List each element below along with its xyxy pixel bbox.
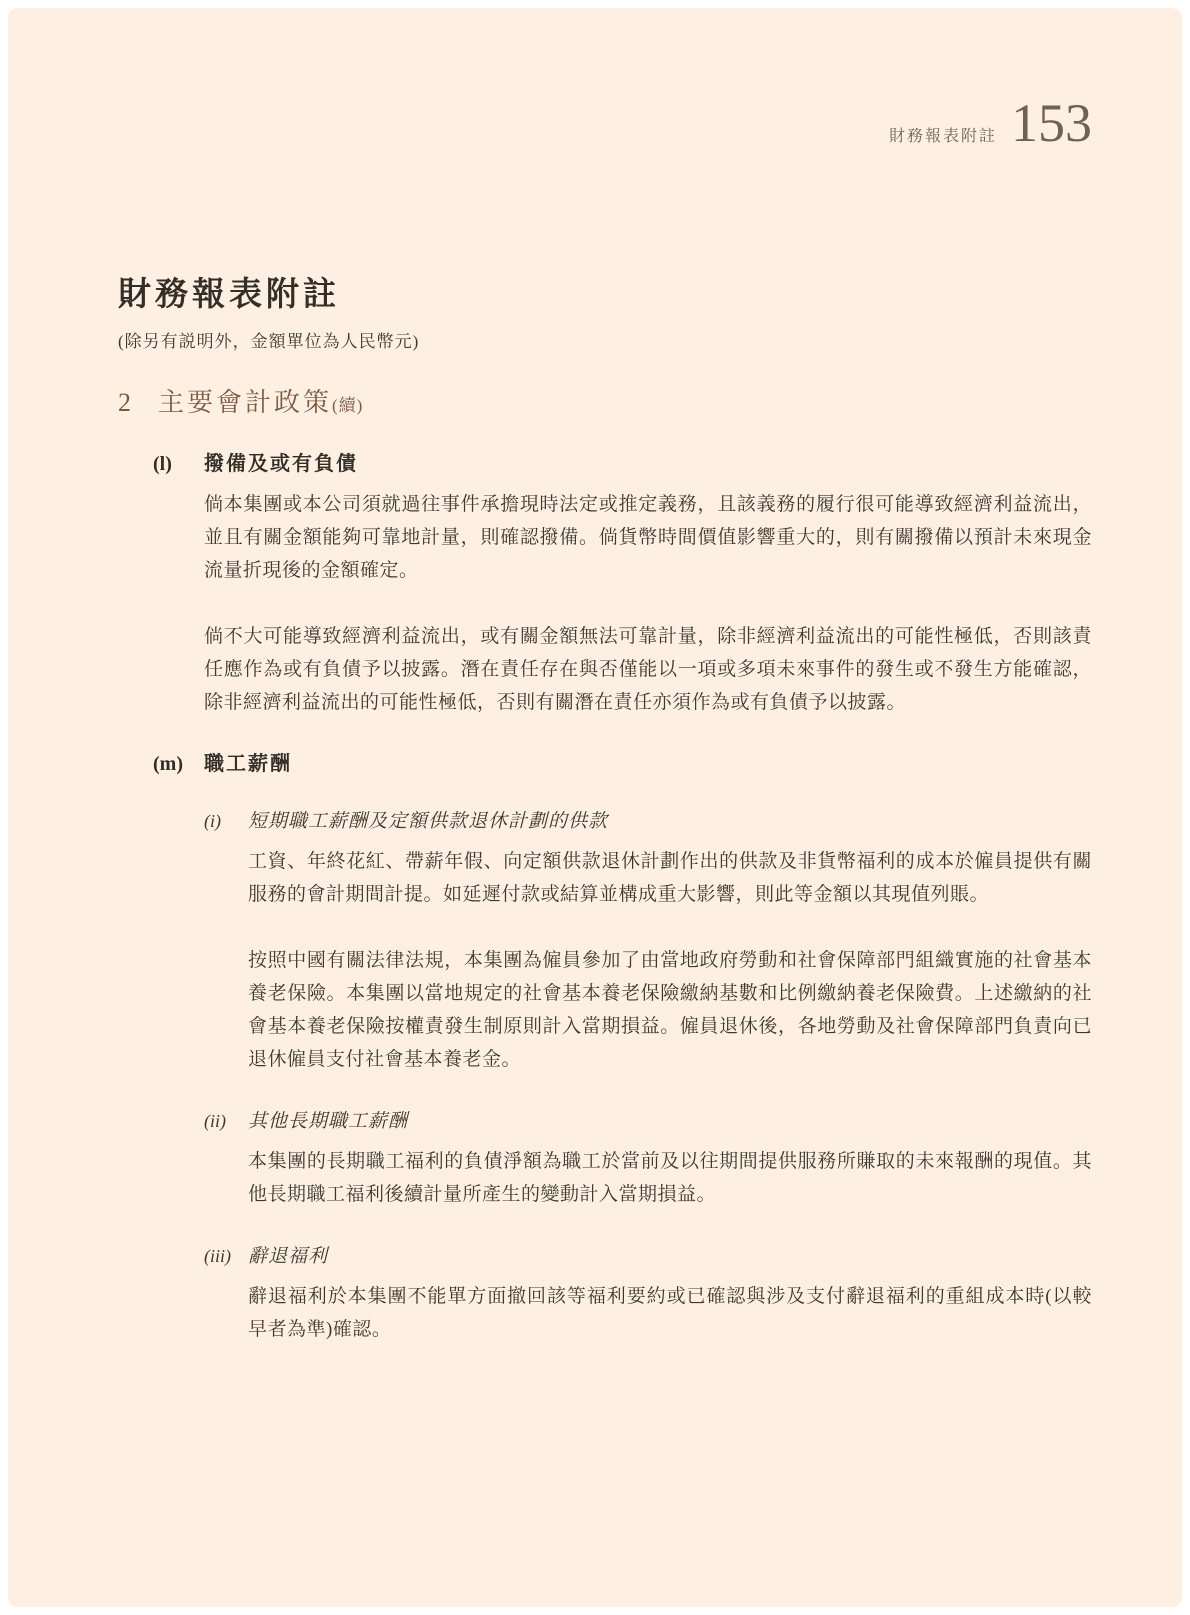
page-number: 153 (1011, 96, 1092, 150)
section-heading: 2 主要會計政策(續) (118, 382, 1092, 419)
document-title: 財務報表附註 (118, 268, 1092, 315)
subsection-m: (m) 職工薪酬 (i) 短期職工薪酬及定額供款退休計劃的供款 工資、年終花紅、… (118, 747, 1092, 1346)
item-ii-body: 本集團的長期職工福利的負債淨額為職工於當前及以往期間提供服務所賺取的未來報酬的現… (248, 1145, 1092, 1211)
paragraph: 按照中國有關法律法規，本集團為僱員參加了由當地政府勞動和社會保障部門組織實施的社… (248, 944, 1092, 1076)
item-ii-marker: (ii) (204, 1111, 248, 1132)
paragraph: 本集團的長期職工福利的負債淨額為職工於當前及以往期間提供服務所賺取的未來報酬的現… (248, 1145, 1092, 1211)
subsection-m-item-i: (i) 短期職工薪酬及定額供款退休計劃的供款 工資、年終花紅、帶薪年假、向定額供… (118, 806, 1092, 1076)
subsection-m-heading: (m) 職工薪酬 (118, 747, 1092, 776)
item-ii-heading: (ii) 其他長期職工薪酬 (118, 1106, 1092, 1133)
subsection-m-item-iii: (iii) 辭退福利 辭退福利於本集團不能單方面撤回該等福利要約或已確認與涉及支… (118, 1241, 1092, 1346)
subsection-m-title: 職工薪酬 (204, 747, 292, 776)
item-i-body: 工資、年終花紅、帶薪年假、向定額供款退休計劃作出的供款及非貨幣福利的成本於僱員提… (248, 845, 1092, 1076)
item-iii-body: 辭退福利於本集團不能單方面撤回該等福利要約或已確認與涉及支付辭退福利的重組成本時… (248, 1280, 1092, 1346)
subsection-m-marker: (m) (153, 753, 204, 776)
section-number: 2 (118, 388, 158, 418)
running-header: 財務報表附註 153 (118, 8, 1092, 150)
section-title: 主要會計政策 (158, 388, 332, 417)
item-iii-title: 辭退福利 (248, 1241, 328, 1268)
paragraph: 倘不大可能導致經濟利益流出，或有關金額無法可靠計量，除非經濟利益流出的可能性極低… (204, 620, 1092, 719)
subsection-l: (l) 撥備及或有負債 倘本集團或本公司須就過往事件承擔現時法定或推定義務，且該… (118, 447, 1092, 719)
item-i-title: 短期職工薪酬及定額供款退休計劃的供款 (248, 806, 608, 833)
paragraph: 倘本集團或本公司須就過往事件承擔現時法定或推定義務，且該義務的履行很可能導致經濟… (204, 488, 1092, 587)
document-subtitle: (除另有説明外，金額單位為人民幣元) (118, 327, 1092, 352)
subsection-l-marker: (l) (153, 453, 204, 476)
subsection-l-body: 倘本集團或本公司須就過往事件承擔現時法定或推定義務，且該義務的履行很可能導致經濟… (204, 488, 1092, 719)
item-ii-title: 其他長期職工薪酬 (248, 1106, 408, 1133)
subsection-m-item-ii: (ii) 其他長期職工薪酬 本集團的長期職工福利的負債淨額為職工於當前及以往期間… (118, 1106, 1092, 1211)
item-iii-heading: (iii) 辭退福利 (118, 1241, 1092, 1268)
running-header-label: 財務報表附註 (889, 123, 997, 146)
page-sheet: 財務報表附註 153 財務報表附註 (除另有説明外，金額單位為人民幣元) 2 主… (8, 8, 1182, 1607)
section-title-wrap: 主要會計政策(續) (158, 382, 363, 419)
document-page: 財務報表附註 153 財務報表附註 (除另有説明外，金額單位為人民幣元) 2 主… (0, 0, 1190, 1615)
item-i-heading: (i) 短期職工薪酬及定額供款退休計劃的供款 (118, 806, 1092, 833)
item-iii-marker: (iii) (204, 1246, 248, 1267)
paragraph: 辭退福利於本集團不能單方面撤回該等福利要約或已確認與涉及支付辭退福利的重組成本時… (248, 1280, 1092, 1346)
item-i-marker: (i) (204, 811, 248, 832)
subsection-l-heading: (l) 撥備及或有負債 (118, 447, 1092, 476)
paragraph: 工資、年終花紅、帶薪年假、向定額供款退休計劃作出的供款及非貨幣福利的成本於僱員提… (248, 845, 1092, 911)
subsection-l-title: 撥備及或有負債 (204, 447, 358, 476)
section-title-suffix: (續) (332, 396, 363, 415)
